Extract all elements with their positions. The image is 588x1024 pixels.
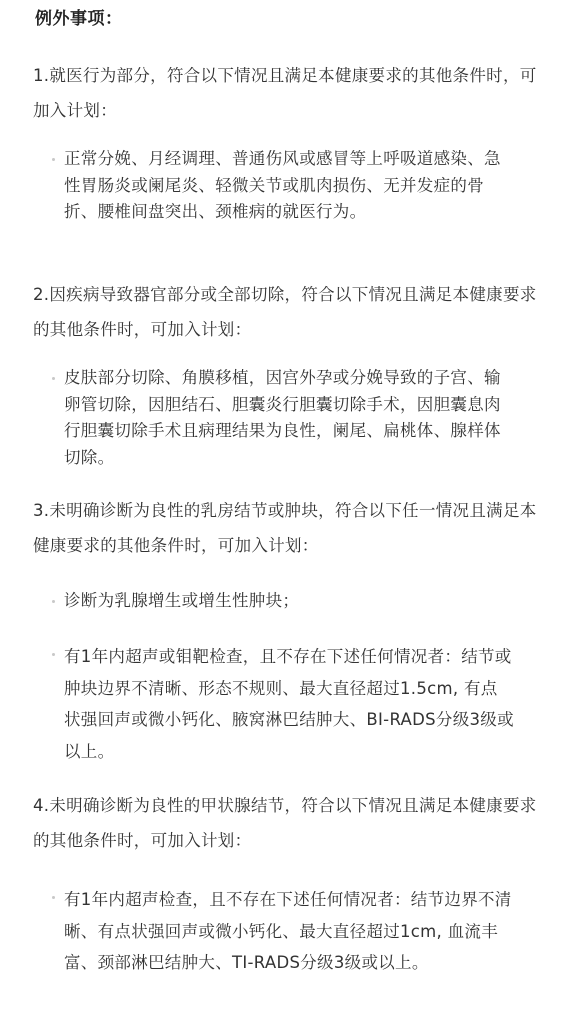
bullet-dot-icon <box>52 377 55 380</box>
section-4-bullet-1: 有1年内超声检查，且不存在下述任何情况者：结节边界不清晰、有点状强回声或微小钙化… <box>52 884 522 979</box>
bullet-text: 有1年内超声检查，且不存在下述任何情况者：结节边界不清晰、有点状强回声或微小钙化… <box>64 884 514 979</box>
document-page: 例外事项： 1.就医行为部分，符合以下情况且满足本健康要求的其他条件时，可加入计… <box>0 0 588 1024</box>
section-3-title: 3.未明确诊断为良性的乳房结节或肿块，符合以下任一情况且满足本健康要求的其他条件… <box>33 493 553 563</box>
bullet-dot-icon <box>52 600 55 603</box>
bullet-text: 有1年内超声或钼靶检查，且不存在下述任何情况者：结节或肿块边界不清晰、形态不规则… <box>64 641 514 767</box>
section-3-bullet-1: 诊断为乳腺增生或增生性肿块； <box>52 588 522 615</box>
exceptions-heading: 例外事项： <box>35 4 123 34</box>
section-2-bullet-1: 皮肤部分切除、角膜移植，因宫外孕或分娩导致的子宫、输卵管切除，因胆结石、胆囊炎行… <box>52 365 522 471</box>
section-1-bullet-1: 正常分娩、月经调理、普通伤风或感冒等上呼吸道感染、急性胃肠炎或阑尾炎、轻微关节或… <box>52 146 522 226</box>
bullet-dot-icon <box>52 653 55 656</box>
section-1-title: 1.就医行为部分，符合以下情况且满足本健康要求的其他条件时，可加入计划： <box>33 58 553 128</box>
bullet-dot-icon <box>52 158 55 161</box>
bullet-text: 诊断为乳腺增生或增生性肿块； <box>64 588 514 615</box>
bullet-dot-icon <box>52 896 55 899</box>
section-4-title: 4.未明确诊断为良性的甲状腺结节，符合以下情况且满足本健康要求的其他条件时，可加… <box>33 788 553 858</box>
bullet-text: 正常分娩、月经调理、普通伤风或感冒等上呼吸道感染、急性胃肠炎或阑尾炎、轻微关节或… <box>64 146 514 226</box>
section-3-bullet-2: 有1年内超声或钼靶检查，且不存在下述任何情况者：结节或肿块边界不清晰、形态不规则… <box>52 641 522 767</box>
bullet-text: 皮肤部分切除、角膜移植，因宫外孕或分娩导致的子宫、输卵管切除，因胆结石、胆囊炎行… <box>64 365 514 471</box>
section-2-title: 2.因疾病导致器官部分或全部切除，符合以下情况且满足本健康要求的其他条件时，可加… <box>33 277 553 347</box>
